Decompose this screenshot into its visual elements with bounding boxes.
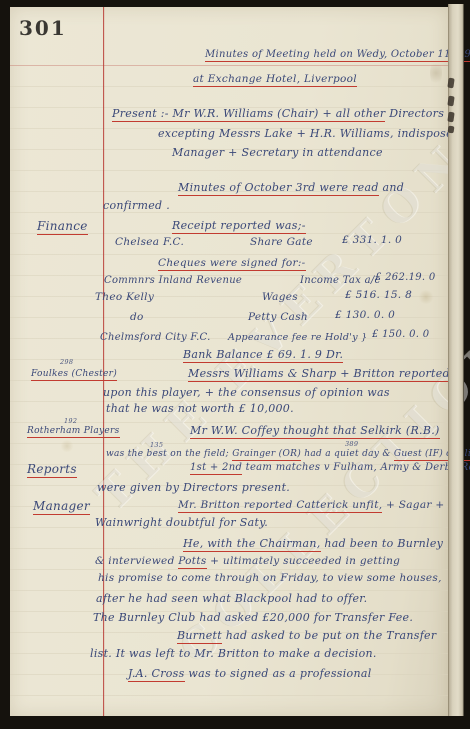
present-line-3: Manager + Secretary in attendance (172, 147, 383, 158)
cheque-row4-desc: Appearance fee re Hold'y } (228, 333, 368, 343)
binding-stitch (447, 112, 454, 123)
minutes-confirmed-2: confirmed . (103, 200, 170, 211)
handwritten-text: £ 130. 0. 0 (335, 309, 395, 321)
receipt-row-desc: Share Gate (250, 237, 313, 248)
minutes-confirmed-1: Minutes of October 3rd were read and (178, 182, 404, 193)
cheque-row1-payee: Commnrs Inland Revenue (104, 276, 242, 286)
foulkes-line-2: upon this player, + the consensus of opi… (103, 387, 390, 398)
handwriting-layer: Minutes of Meeting held on Wedy, October… (0, 0, 470, 729)
handwritten-text: Chelsea F.C. (115, 236, 184, 248)
handwritten-text: Mr. Britton reported Catterick unfit, (178, 499, 382, 513)
page-edge-sliver (448, 4, 464, 716)
cheque-row2-amount: £ 516. 15. 8 (345, 290, 412, 301)
cheque-row1-desc: Income Tax a/c (300, 276, 380, 286)
handwritten-text: at Exchange Hotel, Liverpool (193, 73, 357, 87)
handwritten-text: that he was not worth £ 10,000. (106, 402, 294, 415)
handwritten-text: Share Gate (250, 236, 313, 248)
handwritten-text: + Sagar + (382, 499, 444, 511)
handwritten-text: upon this player, + the consensus of opi… (103, 386, 390, 399)
binding-stitch (448, 126, 455, 134)
handwritten-text: Finance (37, 219, 88, 235)
handwritten-text: 298 (60, 358, 73, 366)
scanned-minute-book-photo: 301 THE EVERTON COLLECTION Minutes of Me… (0, 0, 470, 729)
margin-ref-foulkes: 298 (60, 359, 73, 366)
reports-line-2: were given by Directors present. (97, 482, 290, 493)
manager-line-3: He, with the Chairman, had been to Burnl… (183, 538, 443, 549)
rotherham-line-1: Mr W.W. Coffey thought that Selkirk (R.B… (190, 425, 440, 436)
margin-note-foulkes: Foulkes (Chester) (31, 370, 117, 379)
handwritten-text: do (130, 311, 144, 323)
handwritten-text: was to signed as a professional (185, 667, 372, 680)
handwritten-text: excepting Messrs Lake + H.R. Williams, i… (158, 127, 460, 140)
cheque-row3-amount: £ 130. 0. 0 (335, 310, 395, 321)
manager-line-2: Wainwright doubtful for Saty. (95, 517, 268, 528)
cheque-row2-payee: Theo Kelly (95, 292, 154, 303)
handwritten-text: Receipt reported was;- (172, 219, 306, 234)
handwritten-text: Minutes of October 3rd were read (178, 181, 379, 196)
handwritten-text: £ 262.19. 0 (375, 272, 436, 283)
handwritten-text: Manager (33, 499, 90, 515)
handwritten-text: his promise to come through on Friday, t… (98, 572, 442, 584)
manager-line-1: Mr. Britton reported Catterick unfit, + … (178, 500, 444, 511)
handwritten-text: He, with the Chairman, (183, 537, 321, 552)
handwritten-text: 135 (150, 441, 163, 449)
foulkes-line-1: Messrs Williams & Sharp + Britton report… (188, 368, 450, 379)
handwritten-text: 1st + 2nd (190, 462, 242, 475)
handwritten-text: had a quiet day & (301, 449, 394, 459)
handwritten-text: Foulkes (Chester) (31, 369, 117, 381)
handwritten-text: Minutes of Meeting held on Wedy, October… (205, 49, 470, 62)
binding-stitch (447, 78, 454, 89)
handwritten-text: was the best on the field; (106, 449, 232, 459)
handwritten-text: Wainwright doubtful for Saty. (95, 516, 268, 529)
handwritten-text: J.A. Cross (128, 667, 185, 682)
handwritten-text: Present :- Mr W.R. Williams (Chair) + al… (112, 107, 385, 122)
cheques-heading: Cheques were signed for:- (158, 258, 306, 269)
handwritten-text: Directors (385, 107, 444, 120)
burnett-line-1: Burnett had asked to be put on the Trans… (177, 630, 436, 641)
receipt-row-amount: £ 331. 1. 0 (342, 235, 402, 246)
handwritten-text: were given by Directors present. (97, 481, 290, 494)
foulkes-line-3: that he was not worth £ 10,000. (106, 403, 294, 414)
handwritten-text: list. It was left to Mr. Britton to make… (90, 647, 377, 660)
bank-balance-line: Bank Balance £ 69. 1. 9 Dr. (183, 349, 343, 360)
manager-line-5: his promise to come through on Friday, t… (98, 573, 442, 584)
handwritten-text: Theo Kelly (95, 291, 154, 303)
handwritten-text: had asked to be put on the Transfer (222, 629, 436, 642)
cheque-row3-payee: do (130, 312, 144, 323)
receipt-row-payee: Chelsea F.C. (115, 237, 184, 248)
handwritten-text: and (379, 181, 404, 194)
header-line-1: Minutes of Meeting held on Wedy, October… (205, 50, 470, 60)
handwritten-text: Reports (27, 462, 77, 478)
margin-note-manager: Manager (33, 500, 90, 512)
handwritten-text: Messrs Williams & Sharp + Britton report… (188, 367, 450, 382)
binding-stitch (447, 96, 454, 107)
burnett-line-2: list. It was left to Mr. Britton to make… (90, 648, 377, 659)
handwritten-text: team matches v Fulham, Army & Derby Res, (242, 462, 470, 473)
handwritten-text: Cheques were signed for:- (158, 257, 306, 271)
rotherham-line-2: was the best on the field; Grainger (OR)… (106, 450, 470, 459)
cheque-row4-payee: Chelmsford City F.C. (100, 333, 211, 343)
handwritten-text: Manager + Secretary in attendance (172, 146, 383, 159)
handwritten-text: Mr W.W. Coffey thought that Selkirk (R.B… (190, 424, 440, 439)
receipts-heading: Receipt reported was;- (172, 220, 306, 231)
handwritten-text: Potts (178, 555, 206, 569)
handwritten-text: Income Tax a/c (300, 275, 380, 286)
manager-line-4: & interviewed Potts + ultimately succeed… (95, 556, 400, 567)
manager-line-6: after he had seen what Blackpool had to … (96, 593, 367, 604)
handwritten-text: Bank Balance £ 69. 1. 9 Dr. (183, 348, 343, 363)
margin-note-reports: Reports (27, 463, 77, 475)
present-line-2: excepting Messrs Lake + H.R. Williams, i… (158, 128, 460, 139)
cheque-row1-amount: £ 262.19. 0 (375, 273, 436, 283)
handwritten-text: + ultimately succeeded in getting (207, 555, 401, 567)
handwritten-text: £ 331. 1. 0 (342, 234, 402, 246)
cheque-row4-amount: £ 150. 0. 0 (372, 330, 429, 340)
handwritten-text: £ 150. 0. 0 (372, 329, 429, 340)
handwritten-text: after he had seen what Blackpool had to … (96, 592, 367, 605)
handwritten-text: £ 516. 15. 8 (345, 289, 412, 301)
handwritten-text: Grainger (OR) (232, 449, 301, 461)
handwritten-text: had been to Burnley (321, 537, 444, 550)
handwritten-text: 192 (64, 417, 77, 425)
handwritten-text: Burnett (177, 629, 222, 644)
margin-note-rotherham: Rotherham Players (27, 427, 120, 436)
handwritten-text: confirmed . (103, 199, 170, 212)
handwritten-text: Wages (262, 291, 298, 303)
guest-ref: 389 (345, 441, 358, 448)
handwritten-text: Appearance fee re Hold'y } (228, 332, 368, 343)
manager-line-7: The Burnley Club had asked £20,000 for T… (93, 612, 413, 623)
handwritten-text: & interviewed (95, 555, 178, 567)
margin-note-finance: Finance (37, 220, 88, 232)
handwritten-text: The Burnley Club had asked £20,000 for T… (93, 611, 413, 624)
handwritten-text: Commnrs Inland Revenue (104, 275, 242, 286)
present-line-1: Present :- Mr W.R. Williams (Chair) + al… (112, 108, 444, 119)
handwritten-text: Rotherham Players (27, 426, 120, 438)
cross-line: J.A. Cross was to signed as a profession… (128, 668, 372, 679)
cheque-row3-desc: Petty Cash (248, 312, 308, 323)
cheque-row2-desc: Wages (262, 292, 298, 303)
handwritten-text: 389 (345, 440, 358, 448)
grainger-ref: 135 (150, 442, 163, 449)
reports-line-1: 1st + 2nd team matches v Fulham, Army & … (190, 463, 470, 473)
handwritten-text: Petty Cash (248, 311, 308, 323)
header-line-2: at Exchange Hotel, Liverpool (193, 74, 357, 85)
handwritten-text: Chelmsford City F.C. (100, 332, 211, 343)
margin-ref-rotherham: 192 (64, 418, 77, 425)
